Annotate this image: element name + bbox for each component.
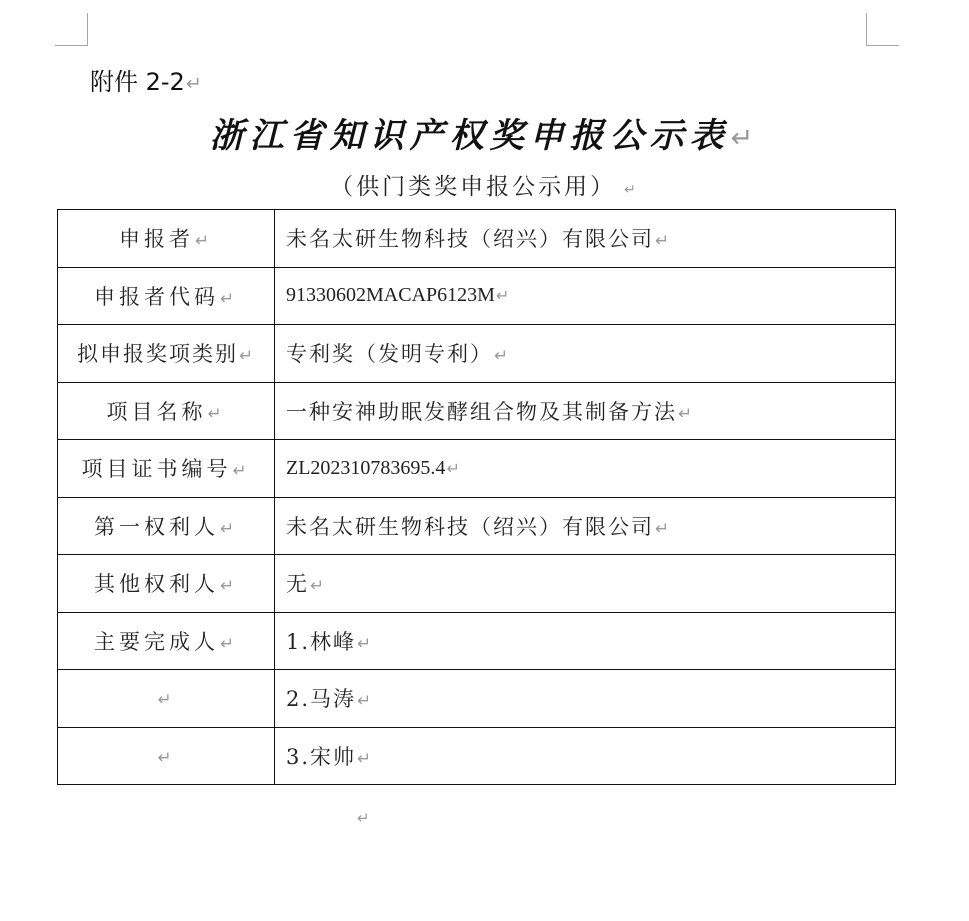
- table-cell-label[interactable]: 主要完成人↵: [58, 612, 275, 670]
- table-row-award-category: 拟申报奖项类别↵ 专利奖（发明专利）↵: [58, 325, 896, 383]
- table-cell-label[interactable]: 其他权利人↵: [58, 555, 275, 613]
- table-row-first-rights-holder: 第一权利人↵ 未名太研生物科技（绍兴）有限公司↵: [58, 497, 896, 555]
- paragraph-mark-icon: ↵: [496, 286, 509, 305]
- paragraph-mark-icon: ↵: [157, 689, 175, 709]
- document-subtitle: （供门类奖申报公示用）↵: [0, 168, 969, 201]
- table-row-certificate-number: 项目证书编号↵ ZL202310783695.4↵: [58, 440, 896, 498]
- paragraph-mark-icon: ↵: [220, 288, 238, 308]
- table-row-applicant: 申报者↵ 未名太研生物科技（绍兴）有限公司↵: [58, 210, 896, 268]
- table-row-contributor-2: ↵ 2.马涛↵: [58, 670, 896, 728]
- paragraph-mark-icon: ↵: [207, 403, 225, 423]
- paragraph-mark-icon: ↵: [310, 575, 326, 595]
- paragraph-mark-icon: ↵: [220, 633, 238, 653]
- paragraph-mark-icon: ↵: [731, 123, 760, 154]
- table-cell-label[interactable]: 项目证书编号↵: [58, 440, 275, 498]
- paragraph-mark-icon: ↵: [357, 633, 373, 653]
- table-row-applicant-code: 申报者代码↵ 91330602MACAP6123M↵: [58, 267, 896, 325]
- paragraph-mark-icon: ↵: [678, 403, 694, 423]
- table-cell-label[interactable]: 项目名称↵: [58, 382, 275, 440]
- table-cell-value[interactable]: 2.马涛↵: [275, 670, 896, 728]
- paragraph-mark-icon: ↵: [655, 230, 671, 250]
- document-subtitle-text: （供门类奖申报公示用）: [330, 174, 616, 200]
- table-cell-value[interactable]: 无↵: [275, 555, 896, 613]
- paragraph-mark-icon: ↵: [220, 575, 238, 595]
- table-cell-label[interactable]: ↵: [58, 670, 275, 728]
- table-cell-label[interactable]: 申报者↵: [58, 210, 275, 268]
- table-cell-value[interactable]: 3.宋帅↵: [275, 727, 896, 785]
- attachment-label-text: 附件 2-2: [90, 68, 185, 96]
- table-row-project-name: 项目名称↵ 一种安神助眠发酵组合物及其制备方法↵: [58, 382, 896, 440]
- table-cell-value[interactable]: 91330602MACAP6123M↵: [275, 267, 896, 325]
- paragraph-mark-icon: ↵: [232, 460, 250, 480]
- paragraph-mark-icon: ↵: [357, 748, 373, 768]
- paragraph-mark-icon: ↵: [239, 345, 255, 365]
- paragraph-mark-icon: ↵: [655, 518, 671, 538]
- table-row-main-contributors: 主要完成人↵ 1.林峰↵: [58, 612, 896, 670]
- table-cell-value[interactable]: ZL202310783695.4↵: [275, 440, 896, 498]
- table-cell-label[interactable]: 拟申报奖项类别↵: [58, 325, 275, 383]
- table-cell-label[interactable]: ↵: [58, 727, 275, 785]
- document-title-text: 浙江省知识产权奖申报公示表: [210, 116, 730, 156]
- table-cell-label[interactable]: 第一权利人↵: [58, 497, 275, 555]
- paragraph-mark-icon: ↵: [186, 72, 202, 95]
- table-row-other-rights-holders: 其他权利人↵ 无↵: [58, 555, 896, 613]
- paragraph-mark-icon: ↵: [494, 345, 510, 365]
- table-cell-value[interactable]: 专利奖（发明专利）↵: [275, 325, 896, 383]
- paragraph-mark-icon: ↵: [195, 230, 213, 250]
- award-application-table: 申报者↵ 未名太研生物科技（绍兴）有限公司↵ 申报者代码↵ 91330602MA…: [57, 209, 896, 785]
- paragraph-mark-icon: ↵: [357, 690, 373, 710]
- page-margin-corner-top-right: [866, 13, 899, 46]
- page-margin-corner-top-left: [55, 13, 88, 46]
- table-cell-value[interactable]: 1.林峰↵: [275, 612, 896, 670]
- paragraph-mark-icon: ↵: [624, 182, 639, 198]
- paragraph-mark-icon: ↵: [157, 747, 175, 767]
- paragraph-mark-icon: ↵: [357, 809, 370, 827]
- table-cell-label[interactable]: 申报者代码↵: [58, 267, 275, 325]
- table-cell-value[interactable]: 一种安神助眠发酵组合物及其制备方法↵: [275, 382, 896, 440]
- attachment-label: 附件 2-2↵: [90, 62, 202, 97]
- table-cell-value[interactable]: 未名太研生物科技（绍兴）有限公司↵: [275, 210, 896, 268]
- document-title: 浙江省知识产权奖申报公示表↵: [0, 108, 969, 157]
- paragraph-mark-icon: ↵: [220, 518, 238, 538]
- table-row-contributor-3: ↵ 3.宋帅↵: [58, 727, 896, 785]
- table-cell-value[interactable]: 未名太研生物科技（绍兴）有限公司↵: [275, 497, 896, 555]
- paragraph-mark-icon: ↵: [446, 459, 459, 478]
